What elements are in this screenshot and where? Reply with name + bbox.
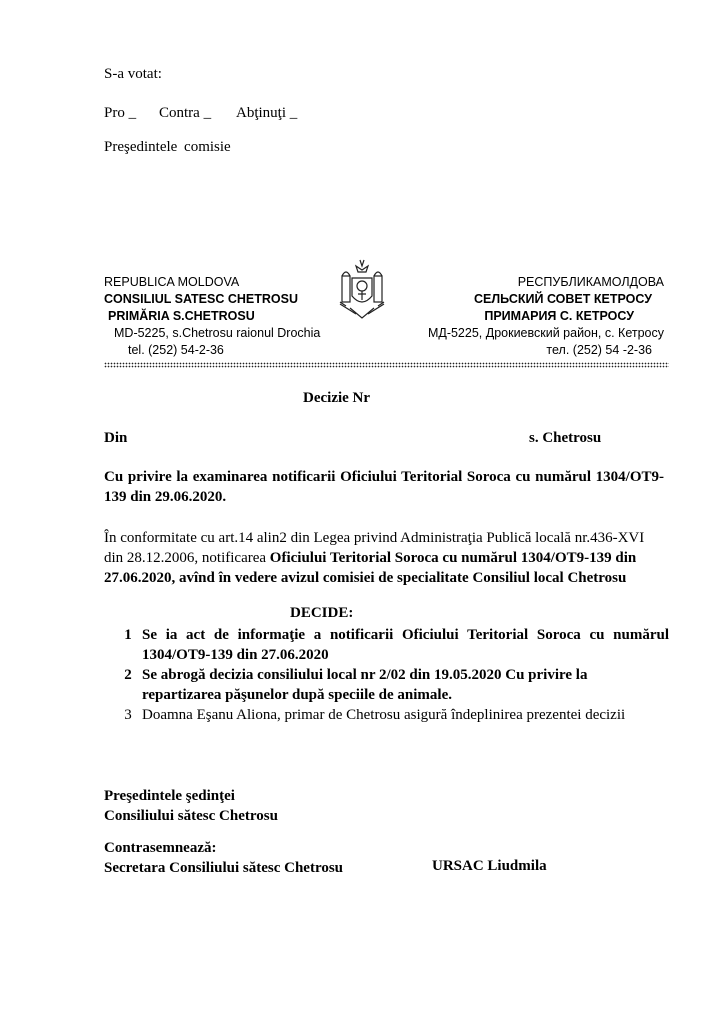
header-separator	[104, 362, 669, 368]
header-address: MD-5225, s.Chetrosu raionul Drochia	[104, 325, 320, 342]
vote-pro: Pro _	[104, 105, 159, 122]
decision-title: Decizie Nr	[303, 390, 370, 407]
header-country-ru: РЕСПУБЛИКАМОЛДОВА	[428, 274, 664, 291]
vote-row: Pro _Contra _Abţinuţi _	[104, 105, 297, 122]
item-text: Se abrogă decizia consiliului local nr 2…	[142, 665, 669, 705]
item-text: Doamna Eşanu Aliona, primar de Chetrosu …	[142, 705, 669, 725]
secretary-name: URSAC Liudmila	[432, 858, 547, 875]
president-signature-block: Preşedintele şedinţei Consiliului sătesc…	[104, 786, 278, 826]
coat-of-arms-icon	[336, 256, 388, 322]
decision-item: 1 Se ia act de informaţie a notificarii …	[104, 625, 669, 665]
header-right: РЕСПУБЛИКАМОЛДОВА СЕЛЬСКИЙ СОВЕТ КЕТРОСУ…	[428, 274, 664, 359]
decision-items: 1 Se ia act de informaţie a notificarii …	[104, 625, 669, 725]
vote-abstain: Abţinuţi _	[236, 105, 297, 122]
document-page: S-a votat: Pro _Contra _Abţinuţi _ Preşe…	[0, 0, 724, 1024]
decision-preamble: În conformitate cu art.14 alin2 din Lege…	[104, 528, 664, 588]
president-title-line2: Consiliului sătesc Chetrosu	[104, 806, 278, 826]
decision-item: 3 Doamna Eşanu Aliona, primar de Chetros…	[104, 705, 669, 725]
item-number: 2	[104, 665, 142, 705]
countersign-block: Contrasemnează: Secretara Consiliului să…	[104, 838, 343, 878]
countersign-label: Contrasemnează:	[104, 838, 343, 858]
header-mayoralty: PRIMĂRIA S.CHETROSU	[104, 308, 320, 325]
vote-contra: Contra _	[159, 105, 236, 122]
header-mayoralty-ru: ПРИМАРИЯ С. КЕТРОСУ	[428, 308, 664, 325]
decision-item: 2 Se abrogă decizia consiliului local nr…	[104, 665, 669, 705]
decide-label: DECIDE:	[290, 605, 353, 622]
decision-subject: Cu privire la examinarea notificarii Ofi…	[104, 467, 664, 507]
vote-title: S-a votat:	[104, 66, 162, 83]
header-left: REPUBLICA MOLDOVA CONSILIUL SATESC CHETR…	[104, 274, 320, 359]
item-number: 1	[104, 625, 142, 665]
item-text: Se ia act de informaţie a notificarii Of…	[142, 625, 669, 665]
commission-president: Preşedintele comisie	[104, 139, 231, 156]
header-address-ru: МД-5225, Дрокиевский район, с. Кетросу	[428, 325, 664, 342]
header-country: REPUBLICA MOLDOVA	[104, 274, 320, 291]
decision-place: s. Chetrosu	[529, 430, 601, 447]
item-number: 3	[104, 705, 142, 725]
president-title-line1: Preşedintele şedinţei	[104, 786, 278, 806]
header-phone: tel. (252) 54-2-36	[104, 342, 320, 359]
decision-date-label: Din	[104, 430, 127, 447]
secretary-title: Secretara Consiliului sătesc Chetrosu	[104, 858, 343, 878]
header-council: CONSILIUL SATESC CHETROSU	[104, 291, 320, 308]
header-phone-ru: тел. (252) 54 -2-36	[428, 342, 664, 359]
header-council-ru: СЕЛЬСКИЙ СОВЕТ КЕТРОСУ	[428, 291, 664, 308]
